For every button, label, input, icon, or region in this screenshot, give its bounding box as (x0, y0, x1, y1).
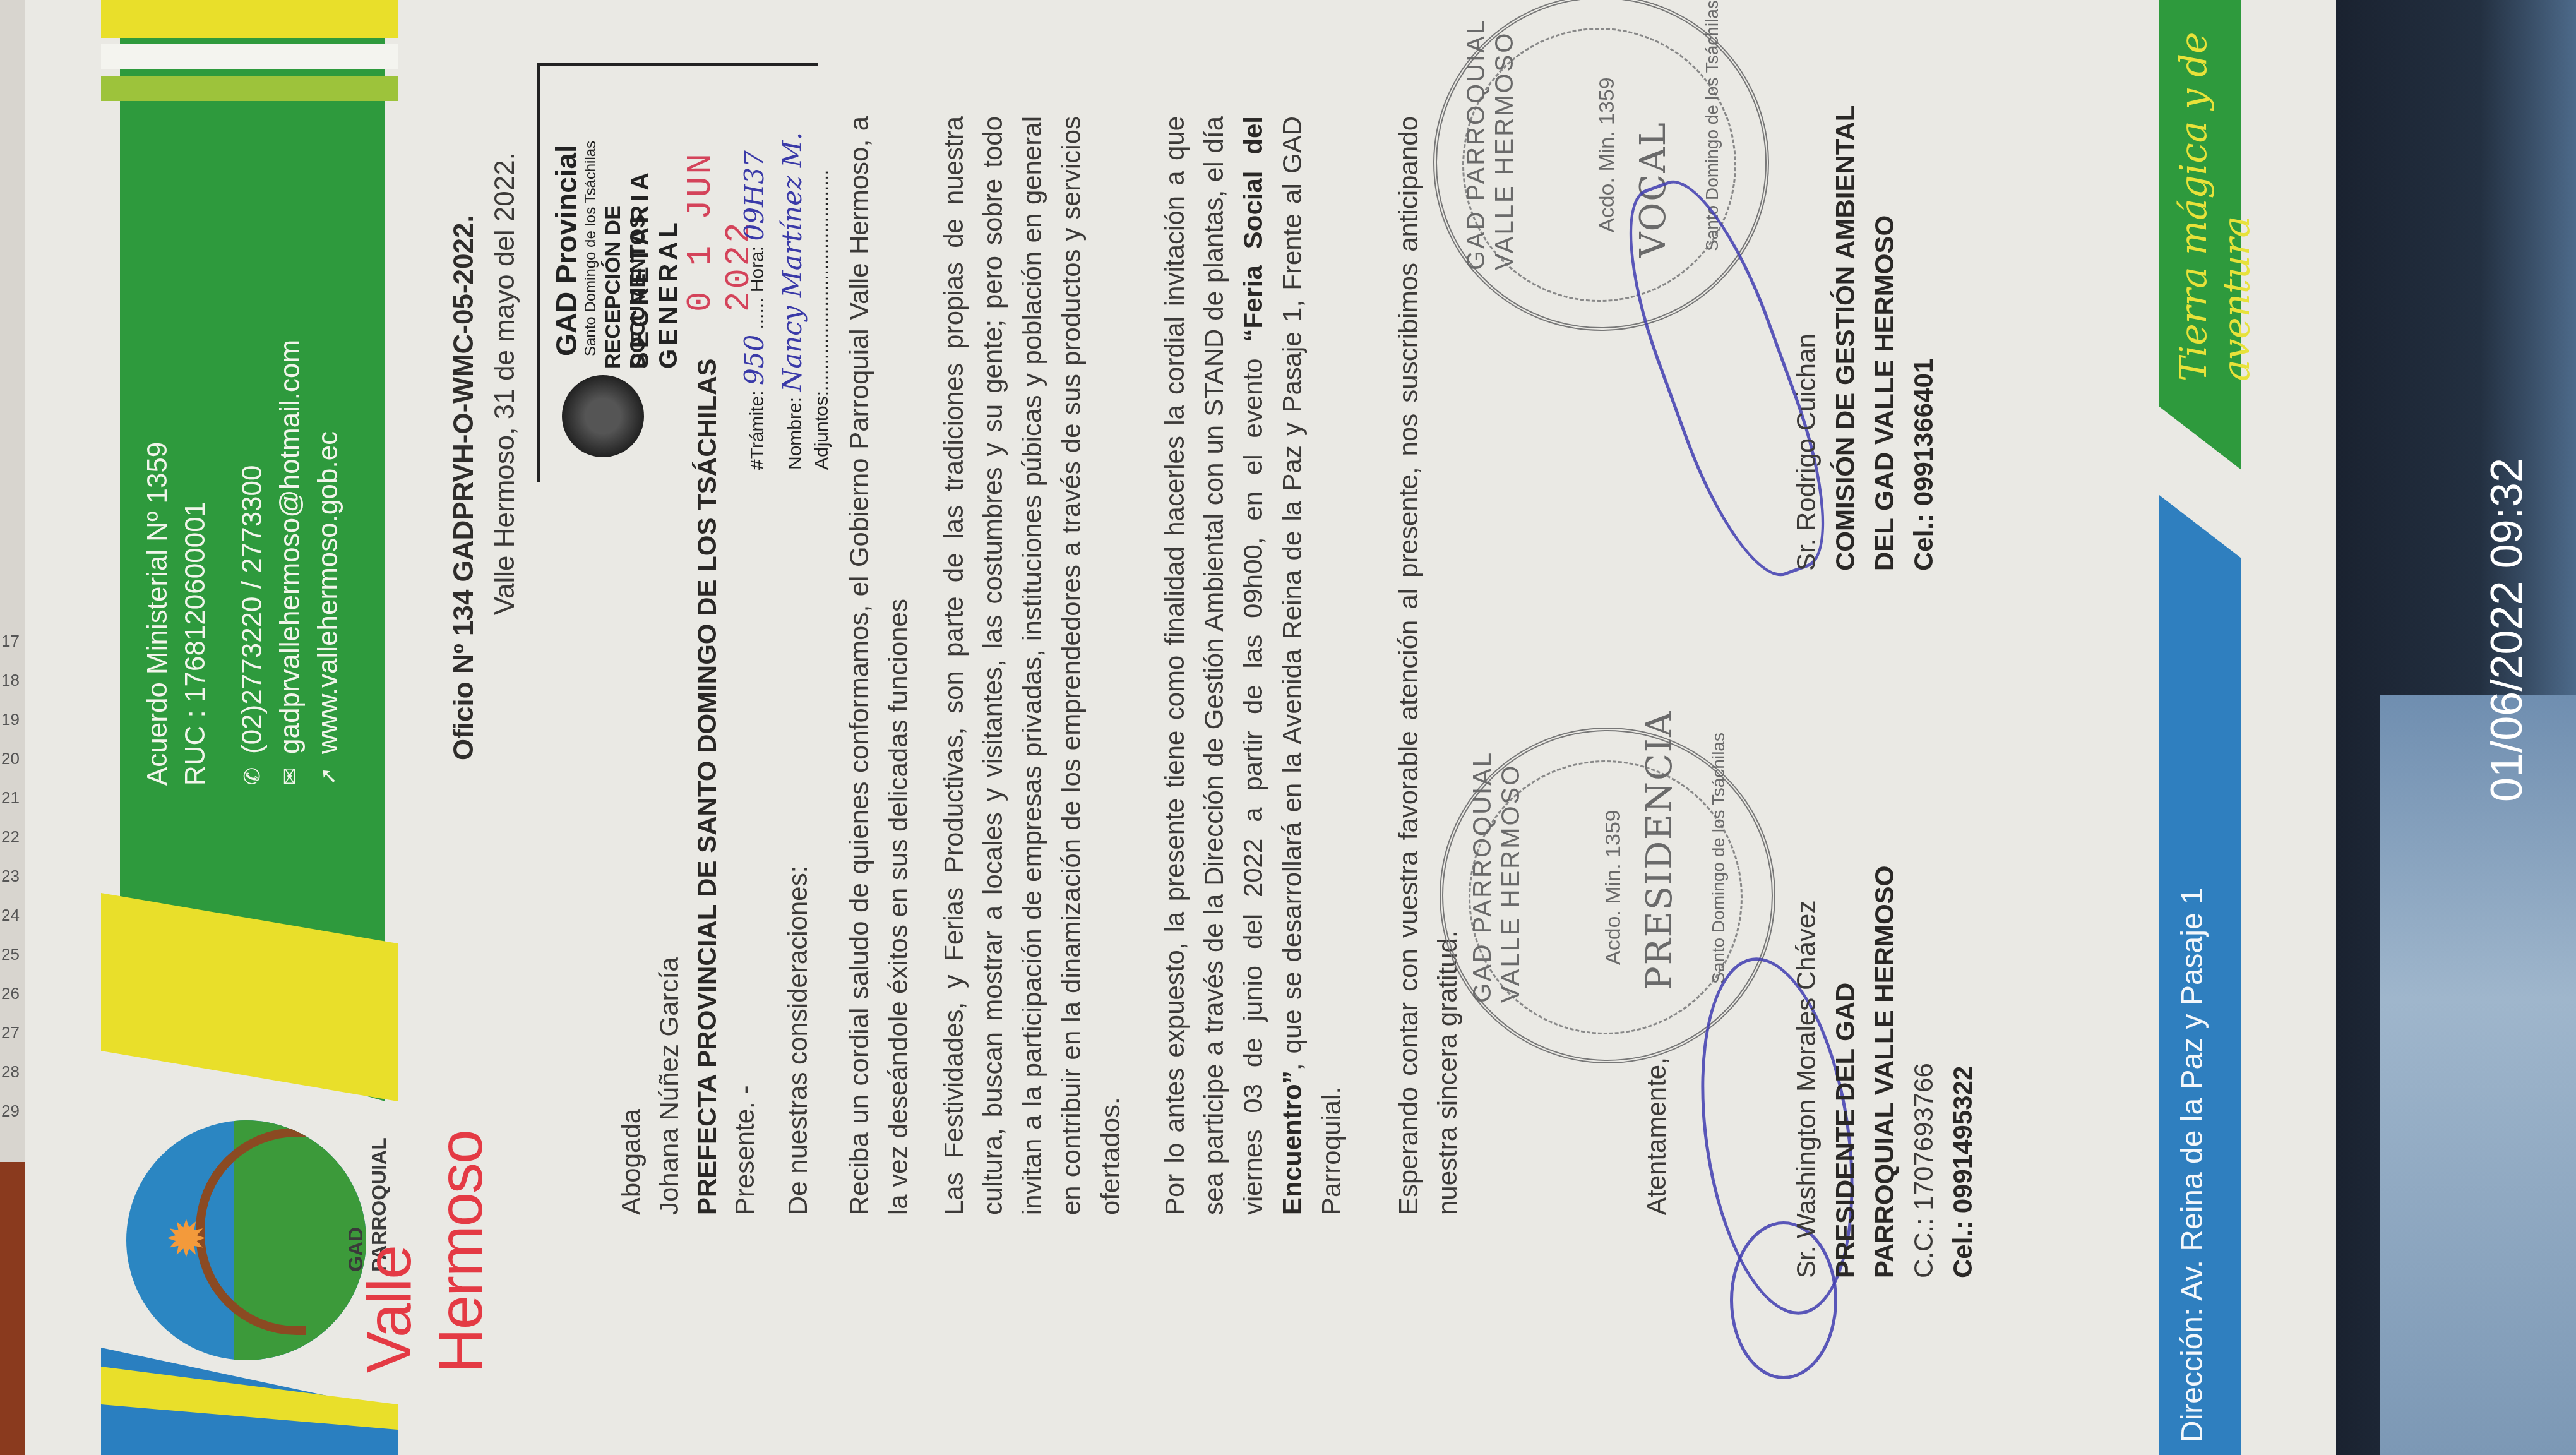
email: gadprvallehermoso@hotmail.com (271, 340, 309, 754)
stamp-org-sub: Santo Domingo de los Tsáchilas (582, 141, 600, 356)
calendar-day: 21 (1, 788, 24, 808)
calendar-day: 29 (1, 1101, 24, 1121)
header-stripes (101, 0, 398, 139)
letter-page: ✹ GAD PARROQUIAL Valle Hermoso Acuerdo M… (25, 0, 2336, 1455)
phone-icon: ✆ (234, 767, 271, 786)
oficio-number: Oficio Nº 134 GADPRVH-O-WMC-05-2022. (448, 215, 480, 760)
calendar-day: 28 (1, 1062, 24, 1082)
tramite-value: 950 (739, 335, 770, 385)
addressee: Abogada Johana Núñez García PREFECTA PRO… (612, 358, 764, 1215)
calendar-strip: 17181920212223242526272829 (0, 0, 27, 1162)
paragraph-invitation: Por lo antes expuesto, la presente tiene… (1155, 116, 1351, 1215)
calendar-day: 22 (1, 827, 24, 847)
calendar-day: 26 (1, 984, 24, 1003)
wood-surface (0, 1162, 25, 1455)
calendar-day: 25 (1, 945, 24, 964)
signatory-name: Sr. Rodrigo Cuichan (1787, 105, 1826, 571)
footer-address: Dirección: Av. Reina de la Paz y Pasaje … (2175, 887, 2210, 1442)
cursor-icon: ➚ (309, 767, 347, 786)
addressee-name: Johana Núñez García (650, 358, 688, 1215)
stamp-dept: SECRETARIA GENERAL (626, 66, 683, 369)
logo-title: Valle Hermoso (354, 1101, 496, 1373)
calendar-day: 18 (1, 671, 24, 690)
stamp-adjuntos: Adjuntos:...............................… (811, 170, 833, 470)
contact-info: Acuerdo Ministerial Nº 1359 RUC : 176812… (139, 340, 347, 786)
calendar-day: 20 (1, 749, 24, 769)
signatory-president: Sr. Washington Morales Chávez PRESIDENTE… (1787, 866, 1983, 1278)
logo: ✹ GAD PARROQUIAL Valle Hermoso (101, 1101, 404, 1379)
closing: Atentamente, (1642, 1057, 1672, 1215)
addressee-position: PREFECTA PROVINCIAL DE SANTO DOMINGO DE … (688, 358, 726, 1215)
addressee-presente: Presente. - (726, 358, 764, 1215)
calendar-day: 19 (1, 710, 24, 729)
nombre-value: Nancy Martínez M. (777, 132, 808, 392)
hora-value: 09H37 (739, 150, 770, 241)
stamp-nombre: Nombre: Nancy Martínez M. (777, 132, 808, 470)
provincial-seal-icon (562, 375, 644, 457)
calendar-day: 23 (1, 866, 24, 886)
phone: (02)2773220 / 2773300 (234, 465, 271, 754)
envelope-icon: ✉ (271, 767, 309, 786)
footer-slogan: Tierra mágica y de aventura (2172, 0, 2258, 381)
letter-date: Valle Hermoso, 31 de mayo del 2022. (489, 152, 521, 615)
paragraph-closing: Esperando contar con vuestra favorable a… (1389, 116, 1467, 1215)
calendar-day: 17 (1, 632, 24, 651)
paragraph-festivities: Las Festividades, y Ferias Productivas, … (934, 116, 1130, 1215)
sun-icon: ✹ (158, 1217, 217, 1259)
acuerdo-ministerial: Acuerdo Ministerial Nº 1359 (139, 340, 177, 786)
calendar-day: 24 (1, 906, 24, 925)
logo-emblem: ✹ (126, 1120, 366, 1360)
stamp-tramite: #Trámite: 950 ...... Hora: 09H37 (739, 150, 770, 470)
ruc: RUC : 1768120600001 (177, 340, 215, 786)
signatory-commission: Sr. Rodrigo Cuichan COMISIÓN DE GESTIÓN … (1787, 105, 1943, 571)
stamp-org: GAD Provincial (549, 145, 583, 356)
addressee-title: Abogada (612, 358, 650, 1215)
salutation: De nuestras consideraciones: (783, 866, 813, 1215)
signatory-name: Sr. Washington Morales Chávez (1787, 866, 1826, 1278)
denim-background (2380, 695, 2576, 1455)
paragraph-greeting: Reciba un cordial saludo de quienes conf… (840, 116, 918, 1215)
calendar-day: 27 (1, 1023, 24, 1043)
website: www.vallehermoso.gob.ec (309, 431, 347, 754)
